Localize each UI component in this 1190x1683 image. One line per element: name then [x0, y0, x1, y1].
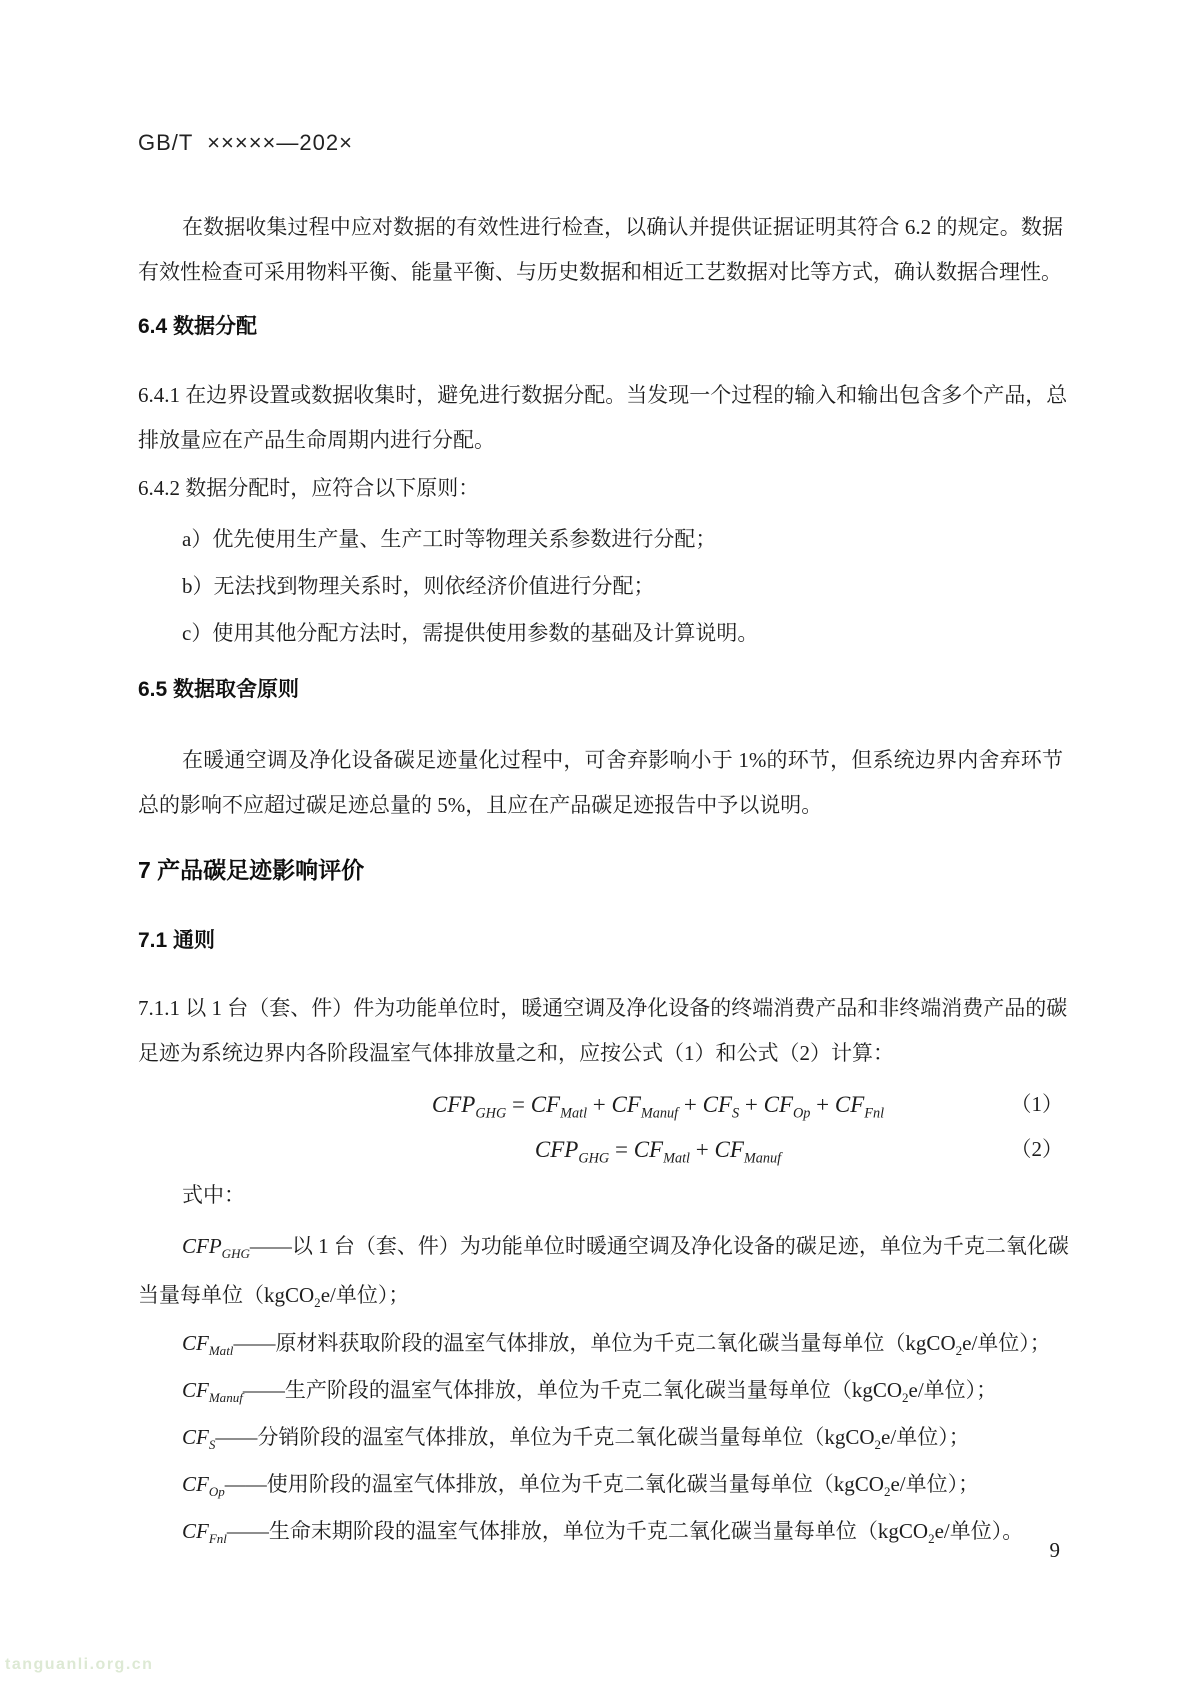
definition-cf-matl: CFMatl——原材料获取阶段的温室气体排放，单位为千克二氧化碳当量每单位（kg… — [138, 1320, 1063, 1367]
formula-1-expression: CFPGHG = CFMatl + CFManuf + CFS + CFOp +… — [432, 1092, 884, 1117]
formula-2-number: （2） — [1011, 1127, 1064, 1172]
section-heading-6-4: 6.4 数据分配 — [138, 312, 1063, 342]
paragraph-6-5-line2: 总的影响不应超过碳足迹总量的 5%，且应在产品碳足迹报告中予以说明。 — [138, 783, 1063, 828]
watermark: tanguanli.org.cn — [5, 1656, 153, 1674]
paragraph-7-1-1-line2: 足迹为系统边界内各阶段温室气体排放量之和，应按公式（1）和公式（2）计算： — [138, 1031, 1063, 1076]
formula-2: CFPGHG = CFMatl + CFManuf （2） — [138, 1127, 1063, 1172]
paragraph-6-5-line1: 在暖通空调及净化设备碳足迹量化过程中，可舍弃影响小于 1%的环节，但系统边界内舍… — [138, 738, 1063, 783]
paragraph-6-4-1-line2: 排放量应在产品生命周期内进行分配。 — [138, 418, 1063, 463]
formula-1-number: （1） — [1011, 1082, 1064, 1127]
definition-cf-fnl: CFFnl——生命末期阶段的温室气体排放，单位为千克二氧化碳当量每单位（kgCO… — [138, 1508, 1063, 1555]
paragraph-data-validity-line2: 有效性检查可采用物料平衡、能量平衡、与历史数据和相近工艺数据对比等方式，确认数据… — [138, 250, 1063, 295]
where-label: 式中： — [138, 1173, 1063, 1218]
formula-1: CFPGHG = CFMatl + CFManuf + CFS + CFOp +… — [138, 1082, 1063, 1127]
section-heading-6-5: 6.5 数据取舍原则 — [138, 675, 1063, 705]
page-number: 9 — [1050, 1538, 1061, 1563]
list-item-b: b）无法找到物理关系时，则依经济价值进行分配； — [138, 564, 1063, 609]
definition-cf-op: CFOp——使用阶段的温室气体排放，单位为千克二氧化碳当量每单位（kgCO2e/… — [138, 1461, 1063, 1508]
list-item-c: c）使用其他分配方法时，需提供使用参数的基础及计算说明。 — [138, 611, 1063, 656]
section-heading-7-1: 7.1 通则 — [138, 926, 1063, 956]
paragraph-data-validity-line1: 在数据收集过程中应对数据的有效性进行检查，以确认并提供证据证明其符合 6.2 的… — [138, 205, 1063, 250]
paragraph-6-4-1: 6.4.1 在边界设置或数据收集时，避免进行数据分配。当发现一个过程的输入和输出… — [138, 373, 1063, 463]
paragraph-7-1-1-line1: 7.1.1 以 1 台（套、件）件为功能单位时，暖通空调及净化设备的终端消费产品… — [138, 986, 1063, 1031]
definition-cfp-ghg-line1: CFPGHG——以 1 台（套、件）为功能单位时暖通空调及净化设备的碳足迹，单位… — [138, 1222, 1063, 1271]
page-content: GB/T ×××××—202× 在数据收集过程中应对数据的有效性进行检查，以确认… — [138, 128, 1063, 1555]
paragraph-data-validity: 在数据收集过程中应对数据的有效性进行检查，以确认并提供证据证明其符合 6.2 的… — [138, 205, 1063, 295]
paragraph-6-5: 在暖通空调及净化设备碳足迹量化过程中，可舍弃影响小于 1%的环节，但系统边界内舍… — [138, 738, 1063, 828]
formula-2-expression: CFPGHG = CFMatl + CFManuf — [535, 1137, 781, 1162]
chapter-heading-7: 7 产品碳足迹影响评价 — [138, 854, 1063, 886]
doc-code-header: GB/T ×××××—202× — [138, 128, 1063, 158]
document-page: GB/T ×××××—202× 在数据收集过程中应对数据的有效性进行检查，以确认… — [0, 0, 1190, 1683]
definition-cf-manuf: CFManuf——生产阶段的温室气体排放，单位为千克二氧化碳当量每单位（kgCO… — [138, 1367, 1063, 1414]
paragraph-7-1-1: 7.1.1 以 1 台（套、件）件为功能单位时，暖通空调及净化设备的终端消费产品… — [138, 986, 1063, 1076]
paragraph-6-4-2: 6.4.2 数据分配时，应符合以下原则： — [138, 466, 1063, 511]
definition-cfp-ghg-line2: 当量每单位（kgCO2e/单位）； — [138, 1271, 1063, 1320]
definition-cf-s: CFS——分销阶段的温室气体排放，单位为千克二氧化碳当量每单位（kgCO2e/单… — [138, 1414, 1063, 1461]
paragraph-6-4-1-line1: 6.4.1 在边界设置或数据收集时，避免进行数据分配。当发现一个过程的输入和输出… — [138, 373, 1063, 418]
list-item-a: a）优先使用生产量、生产工时等物理关系参数进行分配； — [138, 517, 1063, 562]
definition-cfp-ghg: CFPGHG——以 1 台（套、件）为功能单位时暖通空调及净化设备的碳足迹，单位… — [138, 1222, 1063, 1320]
